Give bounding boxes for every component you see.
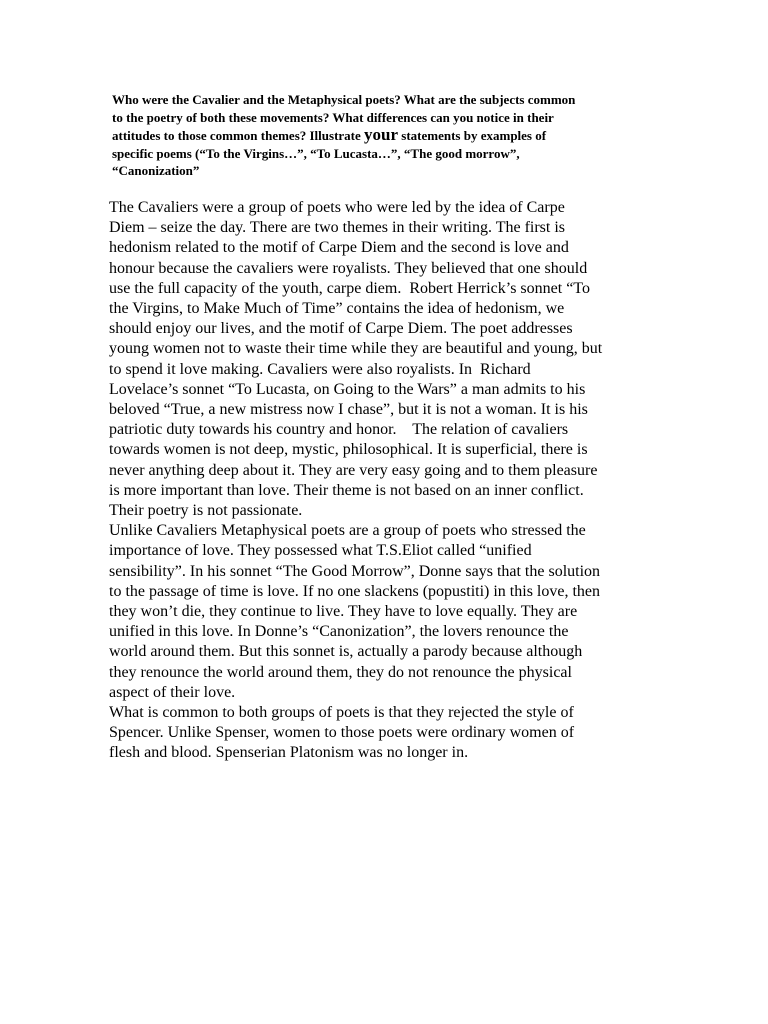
text-line: hedonism related to the motif of Carpe D… — [109, 238, 669, 258]
question-line: specific poems (“To the Virgins…”, “To L… — [112, 145, 660, 163]
text-line: Spencer. Unlike Spenser, women to those … — [109, 723, 669, 743]
text-line: to spend it love making. Cavaliers were … — [109, 360, 669, 380]
text-line: flesh and blood. Spenserian Platonism wa… — [109, 743, 669, 763]
essay-body: The Cavaliers were a group of poets who … — [109, 198, 669, 764]
text-line: The Cavaliers were a group of poets who … — [109, 198, 669, 218]
text-line: honour because the cavaliers were royali… — [109, 259, 669, 279]
question-text-before: attitudes to those common themes? Illust… — [112, 128, 364, 143]
text-line: Unlike Cavaliers Metaphysical poets are … — [109, 521, 669, 541]
question-emphasis-word: your — [364, 125, 398, 144]
text-line: use the full capacity of the youth, carp… — [109, 279, 669, 299]
paragraph-metaphysical: Unlike Cavaliers Metaphysical poets are … — [109, 521, 669, 703]
paragraph-common: What is common to both groups of poets i… — [109, 703, 669, 764]
text-line: beloved “True, a new mistress now I chas… — [109, 400, 669, 420]
text-line: they renounce the world around them, the… — [109, 663, 669, 683]
text-line: Lovelace’s sonnet “To Lucasta, on Going … — [109, 380, 669, 400]
text-line: patriotic duty towards his country and h… — [109, 420, 669, 440]
text-line: young women not to waste their time whil… — [109, 339, 669, 359]
text-line: aspect of their love. — [109, 683, 669, 703]
text-line: Their poetry is not passionate. — [109, 501, 669, 521]
text-line: towards women is not deep, mystic, philo… — [109, 440, 669, 460]
text-line: never anything deep about it. They are v… — [109, 461, 669, 481]
text-line: is more important than love. Their theme… — [109, 481, 669, 501]
text-line: sensibility”. In his sonnet “The Good Mo… — [109, 562, 669, 582]
assignment-question: Who were the Cavalier and the Metaphysic… — [112, 91, 660, 180]
text-line: to the passage of time is love. If no on… — [109, 582, 669, 602]
text-line: What is common to both groups of poets i… — [109, 703, 669, 723]
question-line-with-emphasis: attitudes to those common themes? Illust… — [112, 126, 660, 145]
document-page: Who were the Cavalier and the Metaphysic… — [0, 0, 768, 1024]
question-line: Who were the Cavalier and the Metaphysic… — [112, 91, 660, 109]
text-line: unified in this love. In Donne’s “Canoni… — [109, 622, 669, 642]
text-line: they won’t die, they continue to live. T… — [109, 602, 669, 622]
text-line: should enjoy our lives, and the motif of… — [109, 319, 669, 339]
text-line: the Virgins, to Make Much of Time” conta… — [109, 299, 669, 319]
text-line: world around them. But this sonnet is, a… — [109, 642, 669, 662]
text-line: importance of love. They possessed what … — [109, 541, 669, 561]
question-line: to the poetry of both these movements? W… — [112, 109, 660, 127]
page-background: { "document": { "question": { "lines_top… — [0, 0, 768, 1024]
question-line: “Canonization” — [112, 162, 660, 180]
paragraph-cavaliers: The Cavaliers were a group of poets who … — [109, 198, 669, 521]
question-text-after: statements by examples of — [398, 128, 546, 143]
text-line: Diem – seize the day. There are two them… — [109, 218, 669, 238]
